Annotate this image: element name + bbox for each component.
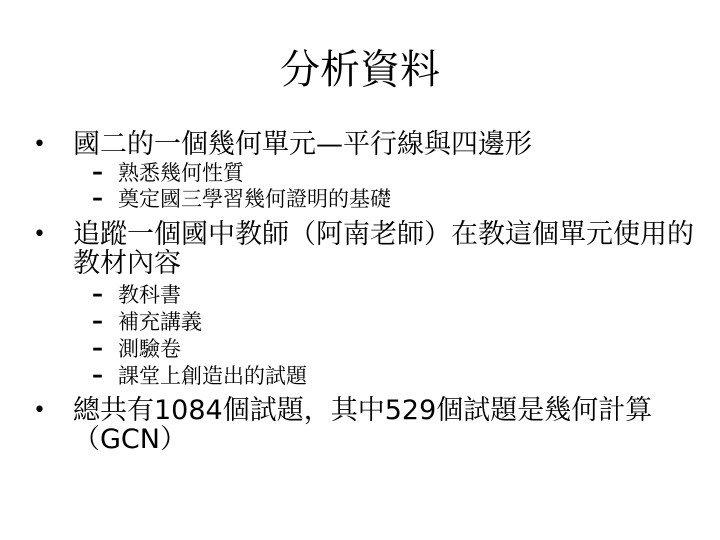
- sub-item-text: 測驗卷: [118, 336, 181, 362]
- sub-item-text: 熟悉幾何性質: [118, 160, 244, 186]
- dash-icon: –: [92, 186, 118, 212]
- sub-item: – 奠定國三學習幾何證明的基礎: [92, 186, 391, 212]
- dash-icon: –: [92, 160, 118, 186]
- sub-item-text: 奠定國三學習幾何證明的基礎: [118, 186, 391, 212]
- bullet-item: • 國二的一個幾何單元—平行線與四邊形: [30, 130, 703, 160]
- sub-item: – 熟悉幾何性質: [92, 160, 244, 186]
- bullet-text: 國二的一個幾何單元—平行線與四邊形: [73, 130, 703, 159]
- dash-icon: –: [92, 363, 118, 389]
- dash-icon: –: [92, 336, 118, 362]
- sub-item-text: 課堂上創造出的試題: [118, 363, 307, 389]
- sub-item: – 補充講義: [92, 309, 202, 335]
- bullet-icon: •: [30, 396, 73, 426]
- dash-icon: –: [92, 282, 118, 308]
- bullet-item: • 追蹤一個國中教師（阿南老師）在教這個單元使用的教材內容: [30, 220, 703, 278]
- sub-item: – 教科書: [92, 282, 181, 308]
- bullet-text: 總共有1084個試題，其中529個試題是幾何計算（GCN）: [73, 396, 703, 454]
- slide-title: 分析資料: [0, 44, 720, 96]
- bullet-icon: •: [30, 220, 73, 250]
- dash-icon: –: [92, 309, 118, 335]
- sub-item-text: 補充講義: [118, 309, 202, 335]
- bullet-text: 追蹤一個國中教師（阿南老師）在教這個單元使用的教材內容: [73, 220, 703, 278]
- sub-item: – 課堂上創造出的試題: [92, 363, 307, 389]
- bullet-item: • 總共有1084個試題，其中529個試題是幾何計算（GCN）: [30, 396, 703, 454]
- sub-item: – 測驗卷: [92, 336, 181, 362]
- bullet-icon: •: [30, 130, 73, 160]
- sub-item-text: 教科書: [118, 282, 181, 308]
